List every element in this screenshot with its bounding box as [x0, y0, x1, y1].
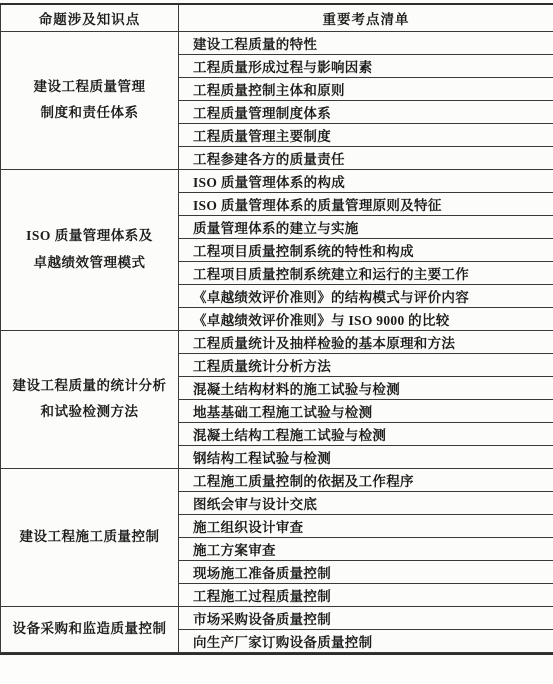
knowledge-point-cell: 建设工程质量管理 制度和责任体系 — [1, 31, 179, 169]
knowledge-point-cell: ISO 质量管理体系及 卓越绩效管理模式 — [1, 169, 179, 330]
scanned-page: 命题涉及知识点 重要考点清单 建设工程质量管理 制度和责任体系建设工程质量的特性… — [0, 0, 553, 684]
knowledge-points-table-wrap: 命题涉及知识点 重要考点清单 建设工程质量管理 制度和责任体系建设工程质量的特性… — [0, 3, 553, 655]
knowledge-points-table: 命题涉及知识点 重要考点清单 建设工程质量管理 制度和责任体系建设工程质量的特性… — [0, 5, 553, 653]
header-knowledge-points: 命题涉及知识点 — [1, 5, 179, 31]
table-header: 命题涉及知识点 重要考点清单 — [1, 5, 553, 31]
header-row: 命题涉及知识点 重要考点清单 — [1, 5, 553, 31]
exam-point-cell: ISO 质量管理体系的质量管理原则及特征 — [179, 192, 553, 215]
exam-point-cell: 工程质量管理主要制度 — [179, 123, 553, 146]
exam-point-cell: 施工组织设计审查 — [179, 514, 553, 537]
exam-point-cell: 工程质量统计及抽样检验的基本原理和方法 — [179, 330, 553, 353]
exam-point-cell: 市场采购设备质量控制 — [179, 606, 553, 629]
exam-point-cell: 地基基础工程施工试验与检测 — [179, 399, 553, 422]
exam-point-cell: 工程项目质量控制系统建立和运行的主要工作 — [179, 261, 553, 284]
table-row: 建设工程施工质量控制工程施工质量控制的依据及工作程序 — [1, 468, 553, 491]
exam-point-cell: 钢结构工程试验与检测 — [179, 445, 553, 468]
exam-point-cell: 工程质量形成过程与影响因素 — [179, 54, 553, 77]
exam-point-cell: 工程质量管理制度体系 — [179, 100, 553, 123]
table-row: ISO 质量管理体系及 卓越绩效管理模式ISO 质量管理体系的构成 — [1, 169, 553, 192]
exam-point-cell: 混凝土结构工程施工试验与检测 — [179, 422, 553, 445]
table-row: 建设工程质量管理 制度和责任体系建设工程质量的特性 — [1, 31, 553, 54]
exam-point-cell: 图纸会审与设计交底 — [179, 491, 553, 514]
table-row: 设备采购和监造质量控制市场采购设备质量控制 — [1, 606, 553, 629]
table-row: 建设工程质量的统计分析 和试验检测方法工程质量统计及抽样检验的基本原理和方法 — [1, 330, 553, 353]
knowledge-point-cell: 设备采购和监造质量控制 — [1, 606, 179, 652]
exam-point-cell: 工程施工过程质量控制 — [179, 583, 553, 606]
table-body: 建设工程质量管理 制度和责任体系建设工程质量的特性工程质量形成过程与影响因素工程… — [1, 31, 553, 652]
exam-point-cell: 工程参建各方的质量责任 — [179, 146, 553, 169]
exam-point-cell: 《卓越绩效评价准则》的结构模式与评价内容 — [179, 284, 553, 307]
knowledge-point-cell: 建设工程质量的统计分析 和试验检测方法 — [1, 330, 179, 468]
exam-point-cell: 工程质量统计分析方法 — [179, 353, 553, 376]
exam-point-cell: ISO 质量管理体系的构成 — [179, 169, 553, 192]
exam-point-cell: 向生产厂家订购设备质量控制 — [179, 629, 553, 652]
exam-point-cell: 建设工程质量的特性 — [179, 31, 553, 54]
exam-point-cell: 工程施工质量控制的依据及工作程序 — [179, 468, 553, 491]
knowledge-point-cell: 建设工程施工质量控制 — [1, 468, 179, 606]
exam-point-cell: 《卓越绩效评价准则》与 ISO 9000 的比较 — [179, 307, 553, 330]
exam-point-cell: 施工方案审查 — [179, 537, 553, 560]
exam-point-cell: 现场施工准备质量控制 — [179, 560, 553, 583]
exam-point-cell: 质量管理体系的建立与实施 — [179, 215, 553, 238]
exam-point-cell: 工程质量控制主体和原则 — [179, 77, 553, 100]
exam-point-cell: 工程项目质量控制系统的特性和构成 — [179, 238, 553, 261]
header-important-points: 重要考点清单 — [179, 5, 553, 31]
exam-point-cell: 混凝土结构材料的施工试验与检测 — [179, 376, 553, 399]
